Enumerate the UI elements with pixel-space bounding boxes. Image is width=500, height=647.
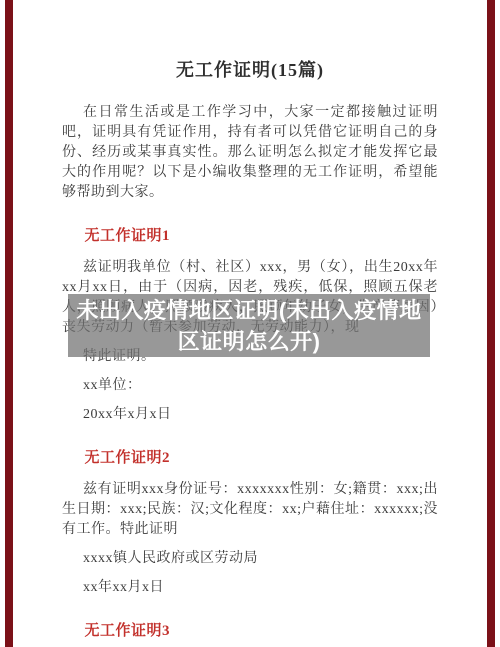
intro-paragraph: 在日常生活或是工作学习中，大家一定都接触过证明吧，证明具有凭证作用，持有者可以凭… — [62, 103, 438, 203]
watermark-overlay-banner: 未出入疫情地区证明(未出入疫情地区证明怎么开) — [68, 294, 430, 357]
right-edge-accent-bar — [487, 0, 495, 647]
cert2-issuer-line: xxxx镇人民政府或区劳动局 — [62, 549, 438, 569]
cert1-date-line: 20xx年x月x日 — [62, 405, 438, 425]
cert1-unit-line: xx单位： — [62, 376, 438, 396]
watermark-title-text: 未出入疫情地区证明(未出入疫情地区证明怎么开) — [70, 295, 428, 357]
document-title: 无工作证明(15篇) — [62, 60, 438, 80]
cert2-body-paragraph: 兹有证明xxx身份证号：xxxxxxx性别：女;籍贯：xxx;出生日期：xxx;… — [62, 480, 438, 540]
section-heading-3: 无工作证明3 — [62, 623, 438, 639]
cert2-date-line: xx年xx月x日 — [62, 578, 438, 598]
left-edge-accent-bar — [5, 0, 13, 647]
section-heading-1: 无工作证明1 — [62, 228, 438, 244]
section-heading-2: 无工作证明2 — [62, 450, 438, 466]
